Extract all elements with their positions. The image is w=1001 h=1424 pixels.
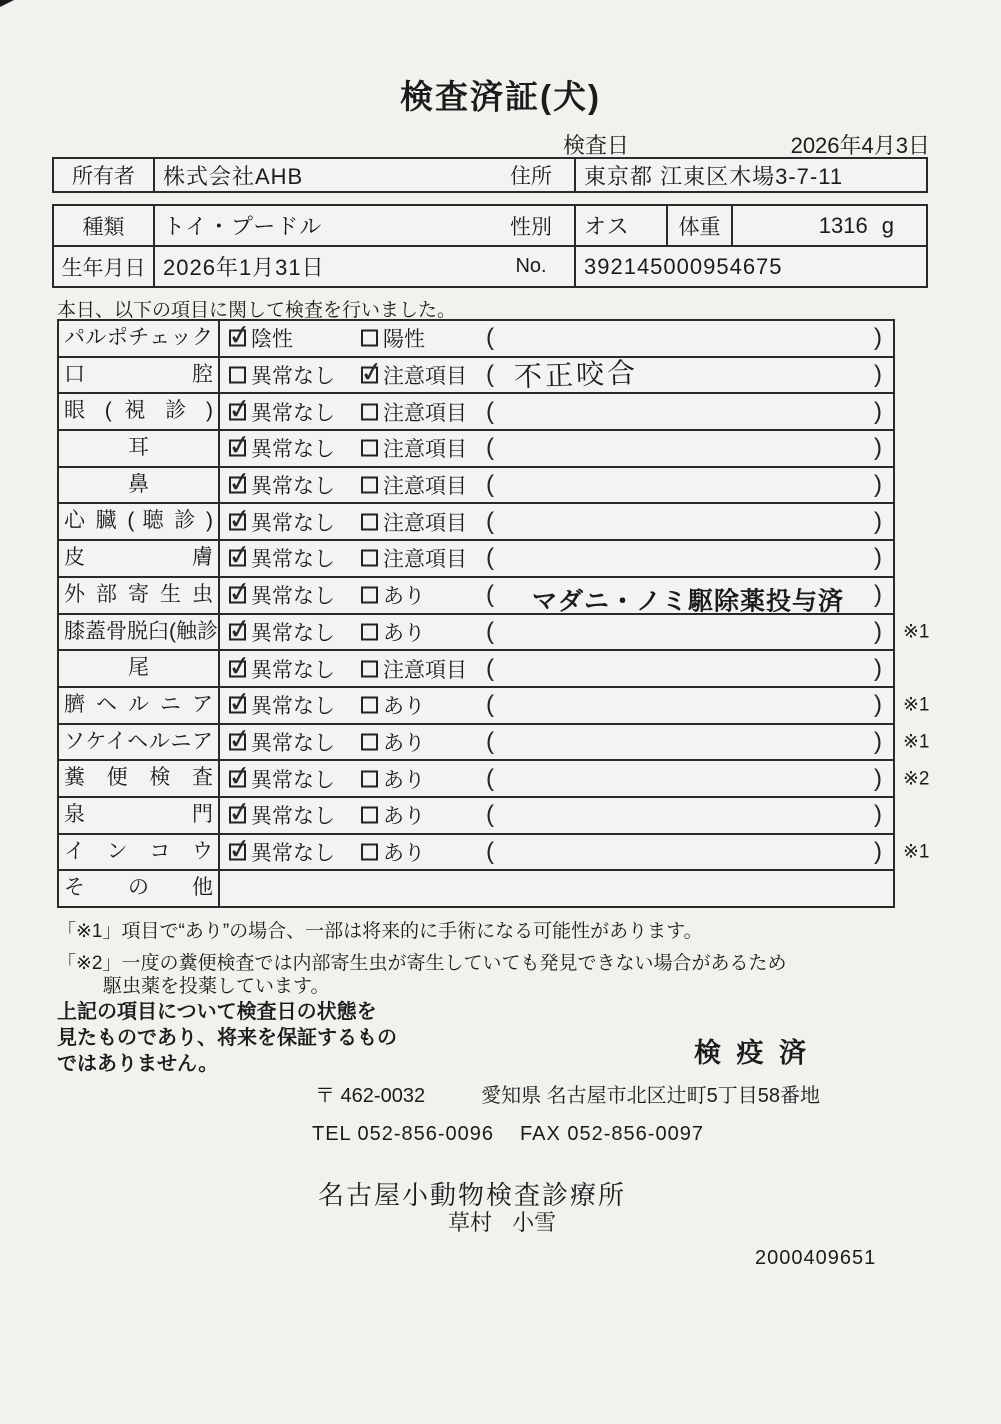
option2-label: 注意項目 [383, 470, 467, 500]
option2-label: あり [383, 580, 425, 610]
paren-close: ) [874, 728, 882, 756]
exam-row-nose: 鼻 異常なし 注意項目 ( ) [59, 466, 893, 503]
owner-row: 所有者 株式会社AHB 住所 東京都 江東区木場3-7-11 [54, 159, 926, 191]
paren-close: ) [874, 801, 882, 829]
checkbox-no-abnormality [229, 477, 246, 494]
exam-item-result: 陰性 陽性 ( ) [220, 321, 893, 356]
option2-label: 注意項目 [383, 360, 467, 390]
checkbox-negative [229, 330, 246, 347]
paren-open: ( [486, 838, 494, 866]
exam-item-result: 異常なし あり ( ) [220, 615, 893, 650]
handwritten-note: 不正咬合 [513, 351, 638, 395]
paren-close: ) [874, 361, 882, 389]
clinic-tel: TEL 052-856-0096 [312, 1123, 494, 1146]
exam-item-label: イ ン コ ウ [59, 835, 220, 870]
footnote-1: 「※1」項目で“あり”の場合、一部は将来的に手術になる可能性があります。 [57, 916, 703, 943]
sex-value: オス [576, 206, 668, 245]
exam-item-label: 皮 膚 [59, 541, 220, 576]
footnote-2-continued: 駆虫薬を投薬しています。 [103, 971, 329, 998]
paren-open: ( [486, 728, 494, 756]
exam-row-oral-cavity: 口 腔 異常なし 注意項目 ( 不正咬合 ) [59, 356, 893, 393]
option1-label: 異常なし [251, 580, 335, 610]
intro-sentence: 本日、以下の項目に関して検査を行いました。 [57, 295, 456, 322]
exam-item-label: 臍 ヘ ル ニ ア [59, 688, 220, 723]
exam-item-label: 心 臓 ( 聴 診 ) [59, 504, 220, 539]
paren-close: ) [874, 471, 882, 499]
weight-label: 体重 [668, 206, 733, 245]
exam-item-result: 異常なし あり ( ) [220, 798, 893, 833]
exam-table: パルポチェック 陰性 陽性 ( ) 口 腔 異常なし 注意項目 ( 不正咬合 ) [57, 319, 895, 908]
checkbox-positive [361, 330, 378, 347]
exam-row-tail: 尾 異常なし 注意項目 ( ) [59, 649, 893, 686]
option2-label: 注意項目 [383, 397, 467, 427]
checkbox-caution [361, 477, 378, 494]
checkbox-present [361, 733, 378, 750]
birthdate-value: 2026年1月31日 [155, 247, 488, 286]
option1-label: 異常なし [251, 654, 335, 684]
option1-label: 異常なし [251, 800, 335, 830]
checkbox-no-abnormality [229, 550, 246, 567]
footnote-ref: ※1 [903, 840, 930, 863]
footnote-ref: ※2 [903, 767, 930, 790]
disclaimer-line-1: 上記の項目について検査日の状態を [57, 999, 397, 1025]
exam-row-patella: 膝蓋骨脱臼(触診) 異常なし あり ( ) ※1 [59, 613, 893, 650]
exam-item-label: 口 腔 [59, 358, 220, 393]
exam-date-value: 2026年4月3日 [791, 129, 930, 160]
exam-item-label: 耳 [59, 431, 220, 466]
exam-item-result: 異常なし 注意項目 ( ) [220, 651, 893, 686]
exam-row-inguinal-hernia: ソケイヘルニア 異常なし あり ( ) ※1 [59, 723, 893, 760]
checkbox-present [361, 697, 378, 714]
paren-close: ) [874, 618, 882, 646]
owner-label: 所有者 [54, 159, 155, 191]
checkbox-no-abnormality [229, 403, 246, 420]
disclaimer-line-2: 見たものであり、将来を保証するもの [57, 1025, 397, 1051]
checkbox-caution [361, 440, 378, 457]
paren-close: ) [874, 434, 882, 462]
checkbox-no-abnormality [229, 513, 246, 530]
number-value: 392145000954675 [576, 247, 926, 286]
serial-number: 2000409651 [755, 1247, 876, 1270]
weight-value-cell: 1316 g [733, 206, 926, 245]
option2-label: 注意項目 [383, 654, 467, 684]
exam-item-label: 外 部 寄 生 虫 [59, 578, 220, 613]
paren-close: ) [874, 508, 882, 536]
exam-item-result: 異常なし 注意項目 ( ) [220, 468, 893, 503]
checkbox-caution [361, 660, 378, 677]
exam-row-others: そ の 他 [59, 869, 893, 906]
paren-open: ( [486, 618, 494, 646]
exam-item-result: 異常なし 注意項目 ( ) [220, 394, 893, 429]
checkbox-no-abnormality [229, 440, 246, 457]
checkbox-no-abnormality [229, 843, 246, 860]
exam-item-result: 異常なし あり ( マダニ・ノミ駆除薬投与済 ) [220, 578, 893, 613]
exam-row-heart: 心 臓 ( 聴 診 ) 異常なし 注意項目 ( ) [59, 502, 893, 539]
paren-open: ( [486, 581, 494, 609]
scanner-edge-artifact [0, 0, 14, 7]
checkbox-present [361, 807, 378, 824]
exam-row-cryptorchidism: イ ン コ ウ 異常なし あり ( ) ※1 [59, 833, 893, 870]
paren-close: ) [874, 655, 882, 683]
breed-row: 種類 トイ・プードル 性別 オス 体重 1316 g [54, 206, 926, 245]
option2-label: 注意項目 [383, 543, 467, 573]
paren-open: ( [486, 544, 494, 572]
exam-row-fontanelle: 泉 門 異常なし あり ( ) [59, 796, 893, 833]
paren-open: ( [486, 324, 494, 352]
address-value: 東京都 江東区木場3-7-11 [576, 159, 926, 191]
exam-item-label: 鼻 [59, 468, 220, 503]
checkbox-present [361, 770, 378, 787]
option1-label: 異常なし [251, 433, 335, 463]
exam-item-result [220, 871, 893, 906]
option1-label: 異常なし [251, 617, 335, 647]
postal-code: 〒 462-0032 [315, 1079, 425, 1108]
option2-label: あり [383, 837, 425, 867]
paren-open: ( [486, 801, 494, 829]
paren-close: ) [874, 398, 882, 426]
birthdate-label: 生年月日 [54, 247, 155, 286]
birth-row: 生年月日 2026年1月31日 No. 392145000954675 [54, 245, 926, 286]
option2-label: あり [383, 764, 425, 794]
exam-row-ears: 耳 異常なし 注意項目 ( ) [59, 429, 893, 466]
weight-unit: g [882, 213, 894, 239]
owner-table: 所有者 株式会社AHB 住所 東京都 江東区木場3-7-11 [52, 157, 928, 193]
scanned-certificate-page: 検査済証(犬) 検査日 2026年4月3日 所有者 株式会社AHB 住所 東京都… [0, 0, 1001, 1424]
option2-label: あり [383, 800, 425, 830]
clinic-fax: FAX 052-856-0097 [520, 1123, 704, 1146]
exam-item-label: 糞 便 検 査 [59, 761, 220, 796]
exam-item-result: 異常なし 注意項目 ( ) [220, 431, 893, 466]
quarantine-passed-stamp: 検 疫 済 [694, 1031, 810, 1070]
exam-item-result: 異常なし あり ( ) [220, 761, 893, 796]
option2-label: 陽性 [383, 323, 425, 353]
checkbox-caution [361, 513, 378, 530]
paren-open: ( [486, 361, 494, 389]
option1-label: 異常なし [251, 397, 335, 427]
checkbox-no-abnormality [229, 770, 246, 787]
paren-open: ( [486, 508, 494, 536]
paren-open: ( [486, 765, 494, 793]
exam-item-result: 異常なし 注意項目 ( ) [220, 541, 893, 576]
exam-row-external-parasites: 外 部 寄 生 虫 異常なし あり ( マダニ・ノミ駆除薬投与済 ) [59, 576, 893, 613]
paren-open: ( [486, 691, 494, 719]
sex-label: 性別 [488, 206, 576, 245]
exam-item-label: 尾 [59, 651, 220, 686]
checkbox-caution [361, 550, 378, 567]
exam-date-row: 検査日 2026年4月3日 [563, 129, 930, 160]
clinic-address: 愛知県 名古屋市北区辻町5丁目58番地 [481, 1079, 820, 1108]
checkbox-no-abnormality [229, 623, 246, 640]
paren-open: ( [486, 434, 494, 462]
checkbox-no-abnormality [229, 697, 246, 714]
footnote-ref: ※1 [903, 694, 930, 717]
checkbox-no-abnormality [229, 587, 246, 604]
paren-close: ) [874, 691, 882, 719]
breed-label: 種類 [54, 206, 155, 245]
number-label: No. [488, 247, 576, 286]
clinic-postal-row: 〒 462-0032 愛知県 名古屋市北区辻町5丁目58番地 [315, 1079, 820, 1108]
checkbox-no-abnormality [229, 367, 246, 384]
option1-label: 異常なし [251, 837, 335, 867]
option1-label: 異常なし [251, 543, 335, 573]
document-title: 検査済証(犬) [0, 71, 1001, 118]
exam-item-result: 異常なし あり ( ) [220, 835, 893, 870]
exam-item-result: 異常なし 注意項目 ( ) [220, 504, 893, 539]
checkbox-caution [361, 403, 378, 420]
checkbox-no-abnormality [229, 733, 246, 750]
paren-open: ( [486, 398, 494, 426]
exam-item-result: 異常なし あり ( ) [220, 725, 893, 760]
exam-item-result: 異常なし 注意項目 ( 不正咬合 ) [220, 358, 893, 393]
animal-info-table: 種類 トイ・プードル 性別 オス 体重 1316 g 生年月日 2026年1月3… [52, 204, 928, 288]
paren-open: ( [486, 655, 494, 683]
option1-label: 陰性 [251, 323, 293, 353]
option2-label: あり [383, 617, 425, 647]
option2-label: あり [383, 727, 425, 757]
paren-close: ) [874, 581, 882, 609]
footnote-ref: ※1 [903, 730, 930, 753]
owner-value: 株式会社AHB [155, 159, 488, 191]
exam-row-fecal-exam: 糞 便 検 査 異常なし あり ( ) ※2 [59, 759, 893, 796]
disclaimer-line-3: ではありません。 [57, 1051, 397, 1077]
exam-row-eyes: 眼 ( 視 診 ) 異常なし 注意項目 ( ) [59, 392, 893, 429]
exam-item-label: 膝蓋骨脱臼(触診) [59, 615, 220, 650]
paren-close: ) [874, 765, 882, 793]
checkbox-no-abnormality [229, 660, 246, 677]
exam-item-label: 眼 ( 視 診 ) [59, 394, 220, 429]
option2-label: 注意項目 [383, 507, 467, 537]
option1-label: 異常なし [251, 690, 335, 720]
exam-row-parvo-check: パルポチェック 陰性 陽性 ( ) [59, 321, 893, 356]
exam-item-label: ソケイヘルニア [59, 725, 220, 760]
option1-label: 異常なし [251, 470, 335, 500]
veterinarian-name: 草村 小雪 [448, 1206, 556, 1237]
checkbox-present [361, 843, 378, 860]
checkbox-no-abnormality [229, 807, 246, 824]
paren-open: ( [486, 471, 494, 499]
option1-label: 異常なし [251, 507, 335, 537]
checkbox-caution [361, 367, 378, 384]
checkbox-present [361, 623, 378, 640]
paren-close: ) [874, 544, 882, 572]
paren-close: ) [874, 838, 882, 866]
option2-label: あり [383, 690, 425, 720]
breed-value: トイ・プードル [155, 206, 488, 245]
exam-item-result: 異常なし あり ( ) [220, 688, 893, 723]
option1-label: 異常なし [251, 360, 335, 390]
option2-label: 注意項目 [383, 433, 467, 463]
address-label: 住所 [488, 159, 576, 191]
checkbox-present [361, 587, 378, 604]
weight-value: 1316 [819, 213, 868, 239]
footnote-ref: ※1 [903, 620, 930, 643]
exam-date-label: 検査日 [563, 129, 629, 160]
exam-item-label: そ の 他 [59, 871, 220, 906]
option1-label: 異常なし [251, 764, 335, 794]
paren-close: ) [874, 324, 882, 352]
option1-label: 異常なし [251, 727, 335, 757]
exam-item-label: パルポチェック [59, 321, 220, 356]
exam-row-skin: 皮 膚 異常なし 注意項目 ( ) [59, 539, 893, 576]
exam-row-umbilical-hernia: 臍 ヘ ル ニ ア 異常なし あり ( ) ※1 [59, 686, 893, 723]
clinic-telfax-row: TEL 052-856-0096 FAX 052-856-0097 [312, 1123, 704, 1146]
exam-item-label: 泉 門 [59, 798, 220, 833]
disclaimer-paragraph: 上記の項目について検査日の状態を 見たものであり、将来を保証するもの ではありま… [57, 999, 397, 1077]
